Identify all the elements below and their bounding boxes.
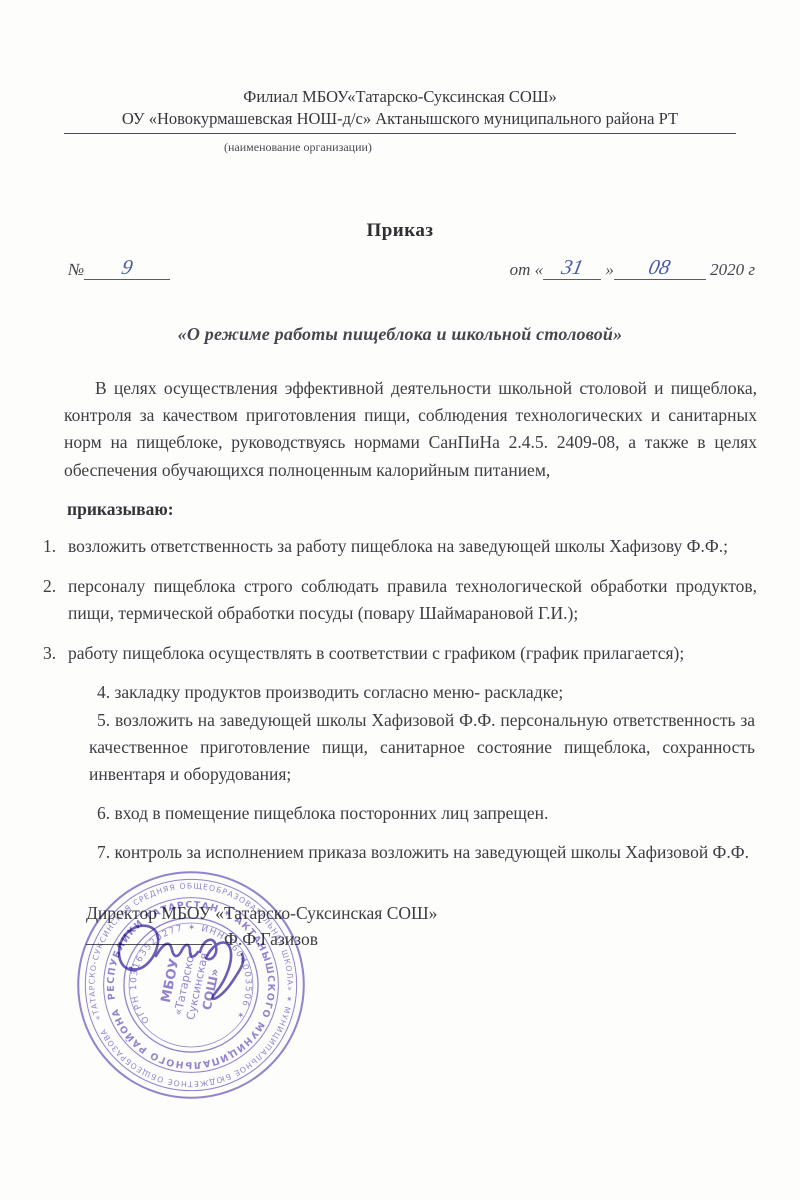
date-year: 2020 г — [710, 260, 755, 279]
organization-line-2: ОУ «Новокурмашевская НОШ-д/с» Актанышско… — [64, 108, 736, 134]
handwritten-month: 08 — [647, 258, 672, 276]
item-1-number: 1. — [43, 533, 68, 560]
date-day-blank: 31 — [543, 258, 601, 280]
order-item-6: 6. вход в помещение пищеблока посторонни… — [89, 800, 755, 827]
order-number: №9 — [68, 258, 170, 280]
handwritten-day: 31 — [560, 258, 585, 276]
order-item-1: 1. возложить ответственность за работу п… — [43, 533, 757, 560]
stamp-center-line-2: «Татарско- — [172, 951, 198, 1017]
order-item-3: 3. работу пищеблока осуществлять в соотв… — [43, 640, 757, 667]
stamp-ring-middle-text: РЕСПУБЛИКИ ТАТАРСТАН ✶ АКТАНЫШСКОГО МУНИ… — [64, 858, 299, 1107]
order-item-5: 5. возложить на заведующей школы Хафизов… — [89, 707, 755, 788]
date-prefix: от « — [510, 260, 544, 279]
order-heading: Приказ — [0, 220, 800, 242]
organization-line-1: Филиал МБОУ«Татарско-Суксинская СОШ» — [64, 86, 736, 108]
item-7-text: контроль за исполнением приказа возложит… — [115, 842, 749, 862]
stamp-ring-outer-text: «ТАТАРСКО-СУКСИНСКАЯ СРЕДНЯЯ ОБЩЕОБРАЗОВ… — [64, 858, 318, 1112]
stamp-center-line-3: Суксинская — [184, 952, 211, 1021]
intro-paragraph: В целях осуществления эффективной деятел… — [64, 375, 757, 484]
order-date: от «31 »08 2020 г — [510, 258, 755, 280]
director-name: Ф.Ф.Газизов — [212, 929, 318, 949]
organization-caption: (наименование организации) — [64, 134, 736, 158]
item-2-number: 2. — [43, 573, 68, 627]
handwritten-number: 9 — [120, 258, 134, 276]
date-close-quote: » — [605, 260, 614, 279]
item-3-text: работу пищеблока осуществлять в соответс… — [68, 640, 757, 667]
item-4-number: 4. — [97, 682, 110, 702]
number-blank-line: 9 — [84, 258, 170, 280]
scanned-order-document: Филиал МБОУ«Татарско-Суксинская СОШ» ОУ … — [0, 0, 800, 1200]
director-title-line: Директор МБОУ «Татарско-Суксинская СОШ» — [86, 902, 800, 925]
number-date-row: №9 от «31 »08 2020 г — [68, 246, 755, 280]
official-round-stamp: «ТАТАРСКО-СУКСИНСКАЯ СРЕДНЯЯ ОБЩЕОБРАЗОВ… — [64, 858, 318, 1112]
svg-text:РЕСПУБЛИКИ ТАТАРСТАН ✶ АКТАНЫШ: РЕСПУБЛИКИ ТАТАРСТАН ✶ АКТАНЫШСКОГО МУНИ… — [64, 858, 299, 1107]
item-5-number: 5. — [97, 710, 110, 730]
item-2-text: персоналу пищеблока строго соблюдать пра… — [68, 573, 757, 627]
svg-text:«ТАТАРСКО-СУКСИНСКАЯ СРЕДНЯЯ О: «ТАТАРСКО-СУКСИНСКАЯ СРЕДНЯЯ ОБЩЕОБРАЗОВ… — [64, 858, 318, 1112]
item-6-text: вход в помещение пищеблока посторонних л… — [115, 803, 549, 823]
signature-row: Ф.Ф.Газизов — [86, 928, 800, 951]
directive-word: приказываю: — [67, 499, 757, 520]
number-label: № — [68, 260, 84, 279]
item-7-number: 7. — [97, 842, 110, 862]
signature-underline — [86, 929, 212, 945]
item-3-number: 3. — [43, 640, 68, 667]
order-item-4: 4. закладку продуктов производить соглас… — [89, 679, 755, 706]
order-subject-title: «О режиме работы пищеблока и школьной ст… — [0, 324, 800, 345]
date-month-blank: 08 — [614, 258, 706, 280]
signature-block: Директор МБОУ «Татарско-Суксинская СОШ» … — [86, 902, 800, 951]
stamp-center-line-4: СОШ» — [200, 967, 222, 1011]
item-5-text: возложить на заведующей школы Хафизовой … — [89, 710, 755, 784]
item-6-number: 6. — [97, 803, 110, 823]
order-item-2: 2. персоналу пищеблока строго соблюдать … — [43, 573, 757, 627]
stamp-center-line-1: МБОУ — [159, 957, 183, 1004]
item-1-text: возложить ответственность за работу пище… — [68, 533, 757, 560]
organization-header: Филиал МБОУ«Татарско-Суксинская СОШ» ОУ … — [64, 0, 736, 158]
item-4-text: закладку продуктов производить согласно … — [115, 682, 564, 702]
order-item-7: 7. контроль за исполнением приказа возло… — [89, 839, 755, 866]
